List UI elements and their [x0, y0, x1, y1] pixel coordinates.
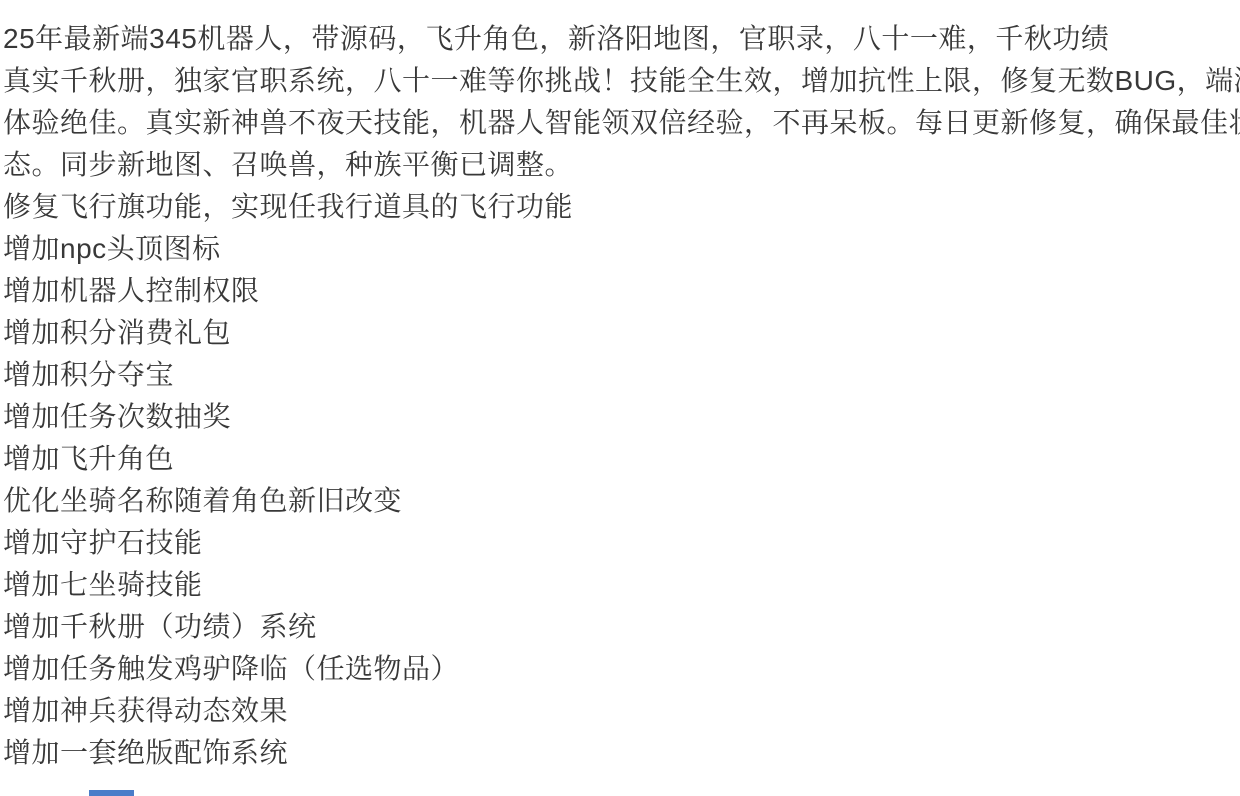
- feature-line-npc-icon: 增加npc头顶图标: [3, 228, 1240, 270]
- feature-line-robot-permission: 增加机器人控制权限: [3, 270, 1240, 312]
- feature-line-weapon-effect: 增加神兵获得动态效果: [3, 690, 1240, 732]
- feature-line-task-trigger: 增加任务触发鸡驴降临（任选物品）: [3, 648, 1240, 690]
- feature-line-points-treasure: 增加积分夺宝: [3, 354, 1240, 396]
- changelog-text-block: 25年最新端345机器人，带源码，飞升角色，新洛阳地图，官职录，八十一难，千秋功…: [3, 18, 1240, 774]
- description-line-2: 体验绝佳。真实新神兽不夜天技能，机器人智能领双倍经验，不再呆板。每日更新修复，确…: [3, 102, 1240, 144]
- feature-line-accessory-system: 增加一套绝版配饰系统: [3, 732, 1240, 774]
- feature-line-mount-name: 优化坐骑名称随着角色新旧改变: [3, 480, 1240, 522]
- feature-line-qianqiu-book: 增加千秋册（功绩）系统: [3, 606, 1240, 648]
- description-line-1: 真实千秋册，独家官职系统，八十一难等你挑战！技能全生效，增加抗性上限，修复无数B…: [3, 60, 1240, 102]
- feature-line-ascension-role: 增加飞升角色: [3, 438, 1240, 480]
- feature-line-guardian-stone: 增加守护石技能: [3, 522, 1240, 564]
- feature-line-flight-flag: 修复飞行旗功能，实现任我行道具的飞行功能: [3, 186, 1240, 228]
- feature-line-task-lottery: 增加任务次数抽奖: [3, 396, 1240, 438]
- intro-title-line: 25年最新端345机器人，带源码，飞升角色，新洛阳地图，官职录，八十一难，千秋功…: [3, 18, 1240, 60]
- description-line-3: 态。同步新地图、召唤兽，种族平衡已调整。: [3, 144, 1240, 186]
- feature-line-seven-mount-skill: 增加七坐骑技能: [3, 564, 1240, 606]
- bottom-partial-element[interactable]: [89, 790, 134, 796]
- feature-line-points-giftpack: 增加积分消费礼包: [3, 312, 1240, 354]
